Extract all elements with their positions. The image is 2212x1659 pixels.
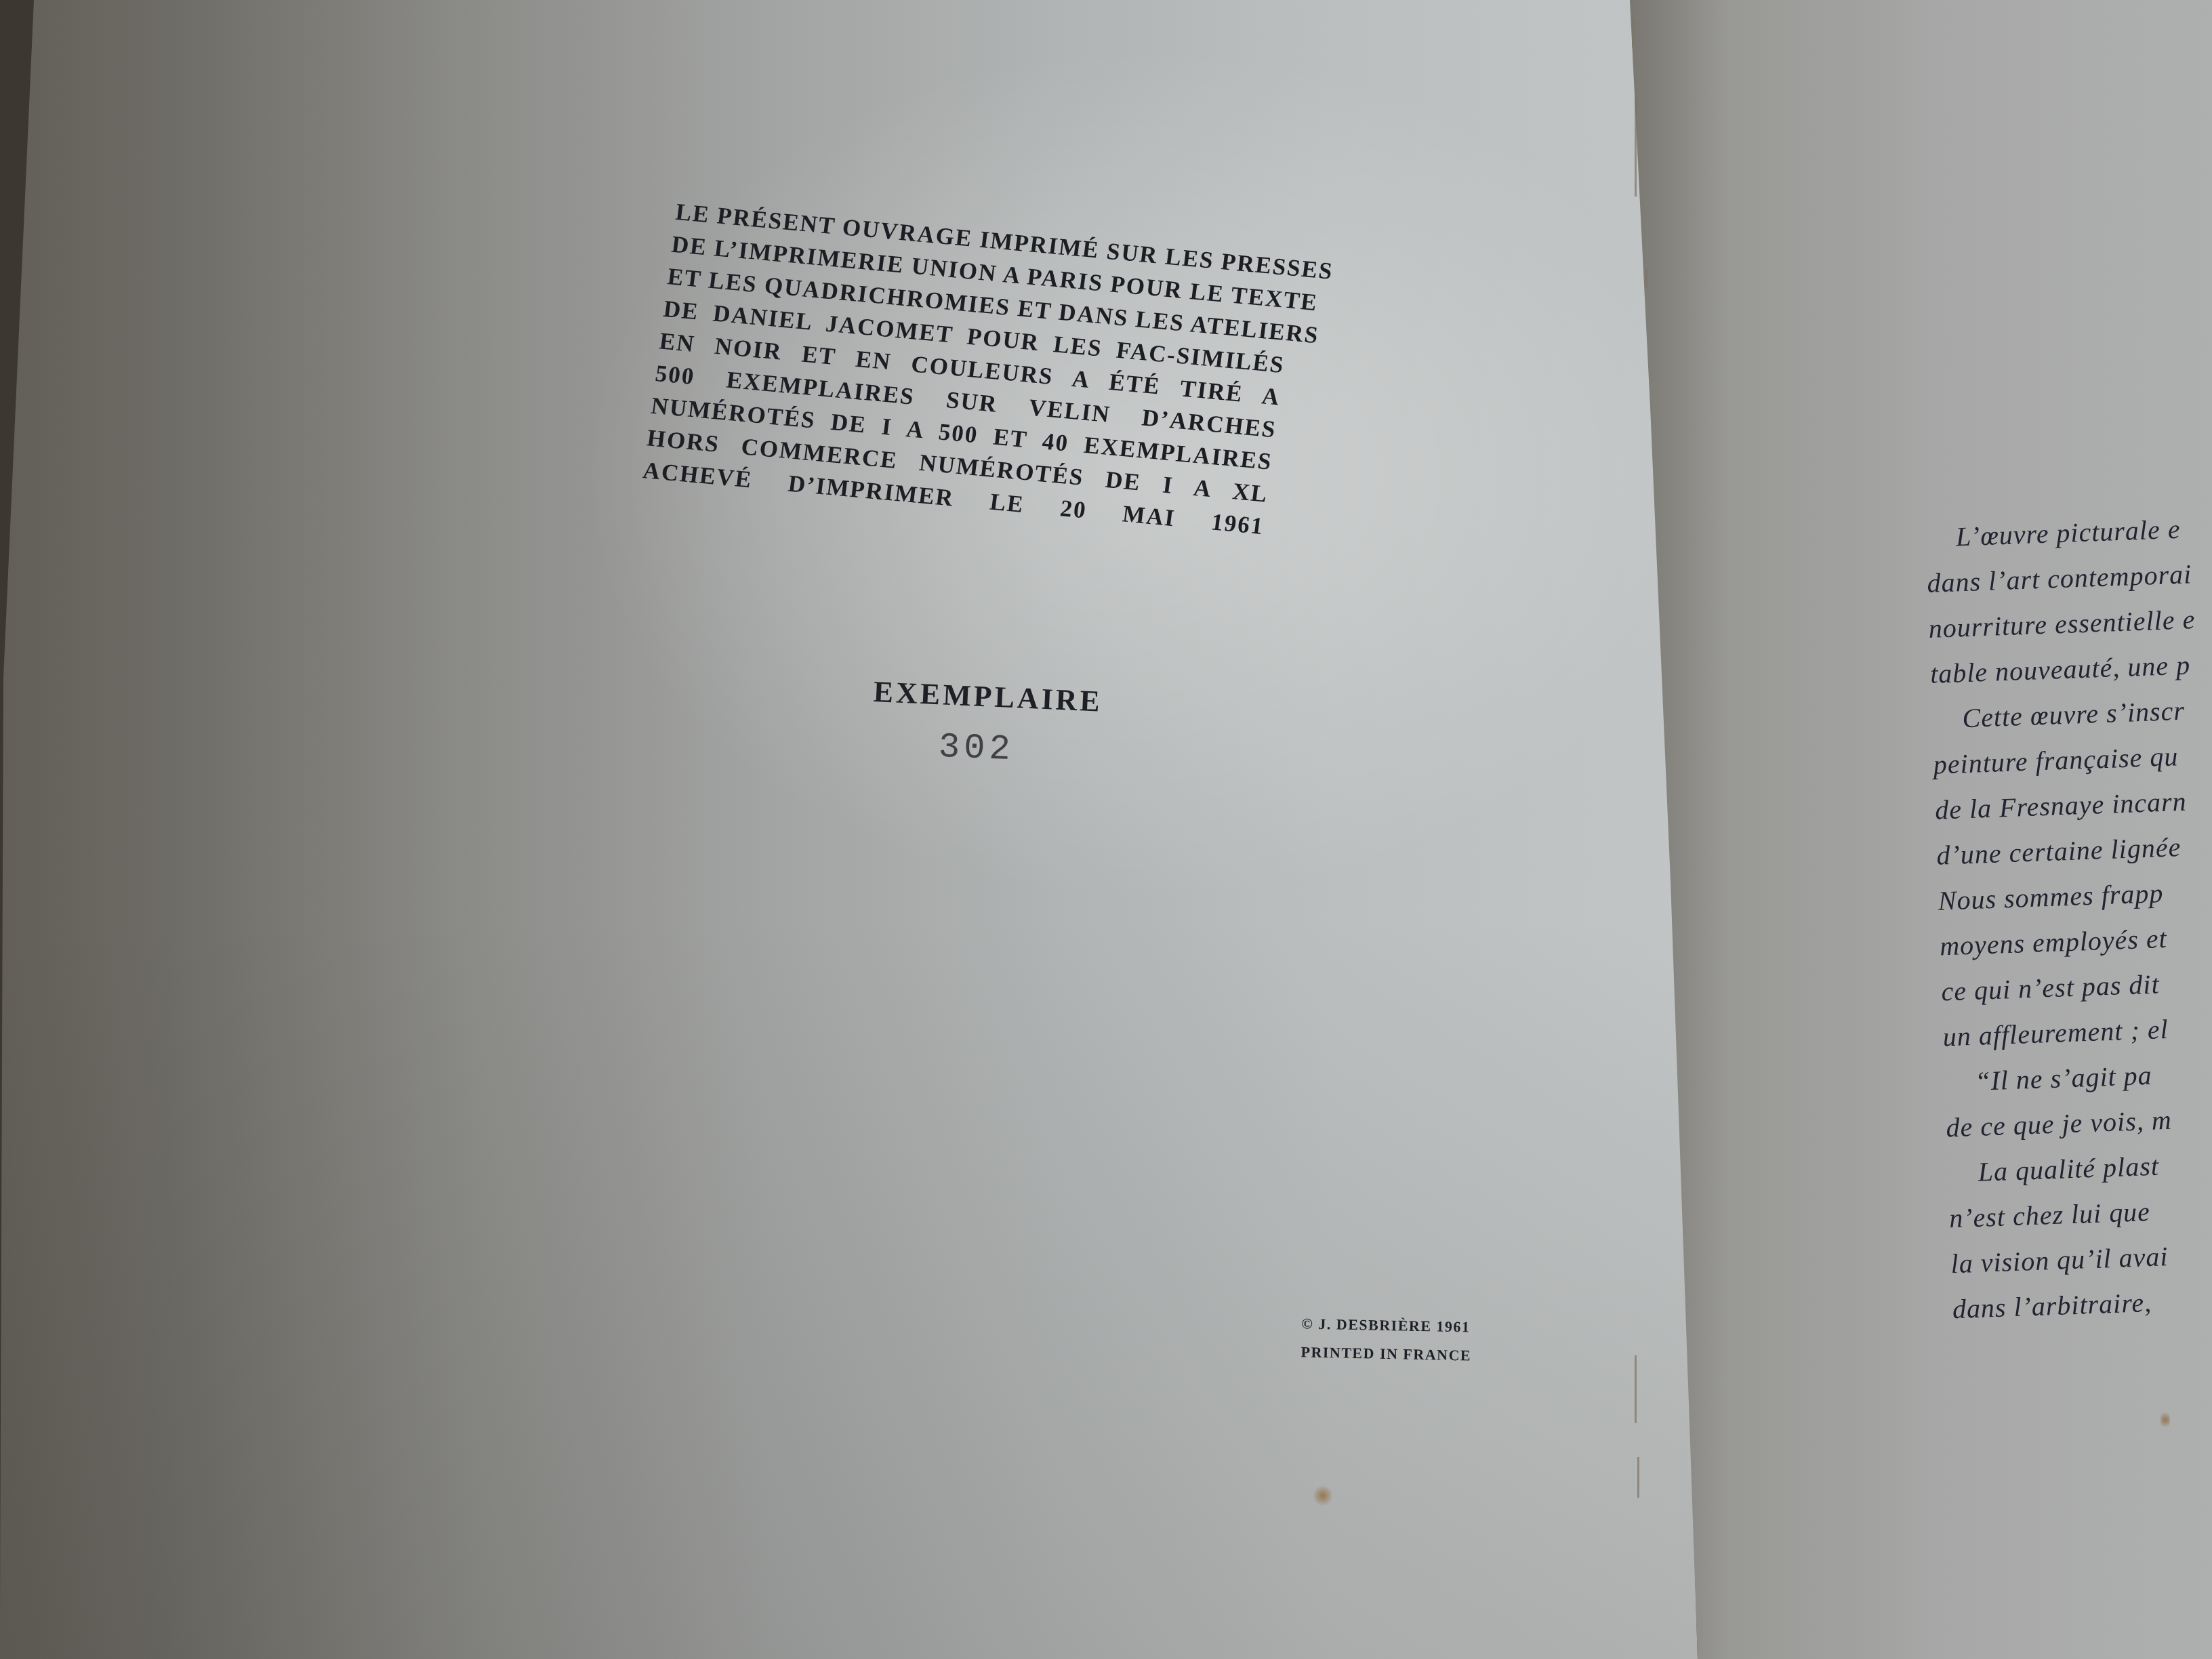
binding-edge-mark (1637, 1457, 1639, 1498)
copyright-line: © J. DESBRIÈRE 1961 (1301, 1309, 1472, 1341)
right-page-text: L’œuvre picturale e dans l’art contempor… (1925, 501, 2212, 1332)
colophon-block: LE PRÉSENT OUVRAGE IMPRIMÉ SUR LES PRESS… (641, 197, 1298, 544)
binding-edge-mark (1635, 95, 1637, 197)
foxing-spot (1313, 1484, 1332, 1507)
exemplaire-number: 302 (938, 727, 1015, 770)
open-book-photo: LE PRÉSENT OUVRAGE IMPRIMÉ SUR LES PRESS… (0, 0, 2212, 1659)
printed-in-line: PRINTED IN FRANCE (1300, 1338, 1471, 1370)
binding-edge-mark (1632, 20, 1634, 47)
binding-edge-mark (1635, 1355, 1637, 1423)
binding-edge-mark (1645, 268, 1647, 288)
foxing-spot (2160, 1410, 2170, 1430)
imprint-block: © J. DESBRIÈRE 1961 PRINTED IN FRANCE (1300, 1309, 1472, 1370)
